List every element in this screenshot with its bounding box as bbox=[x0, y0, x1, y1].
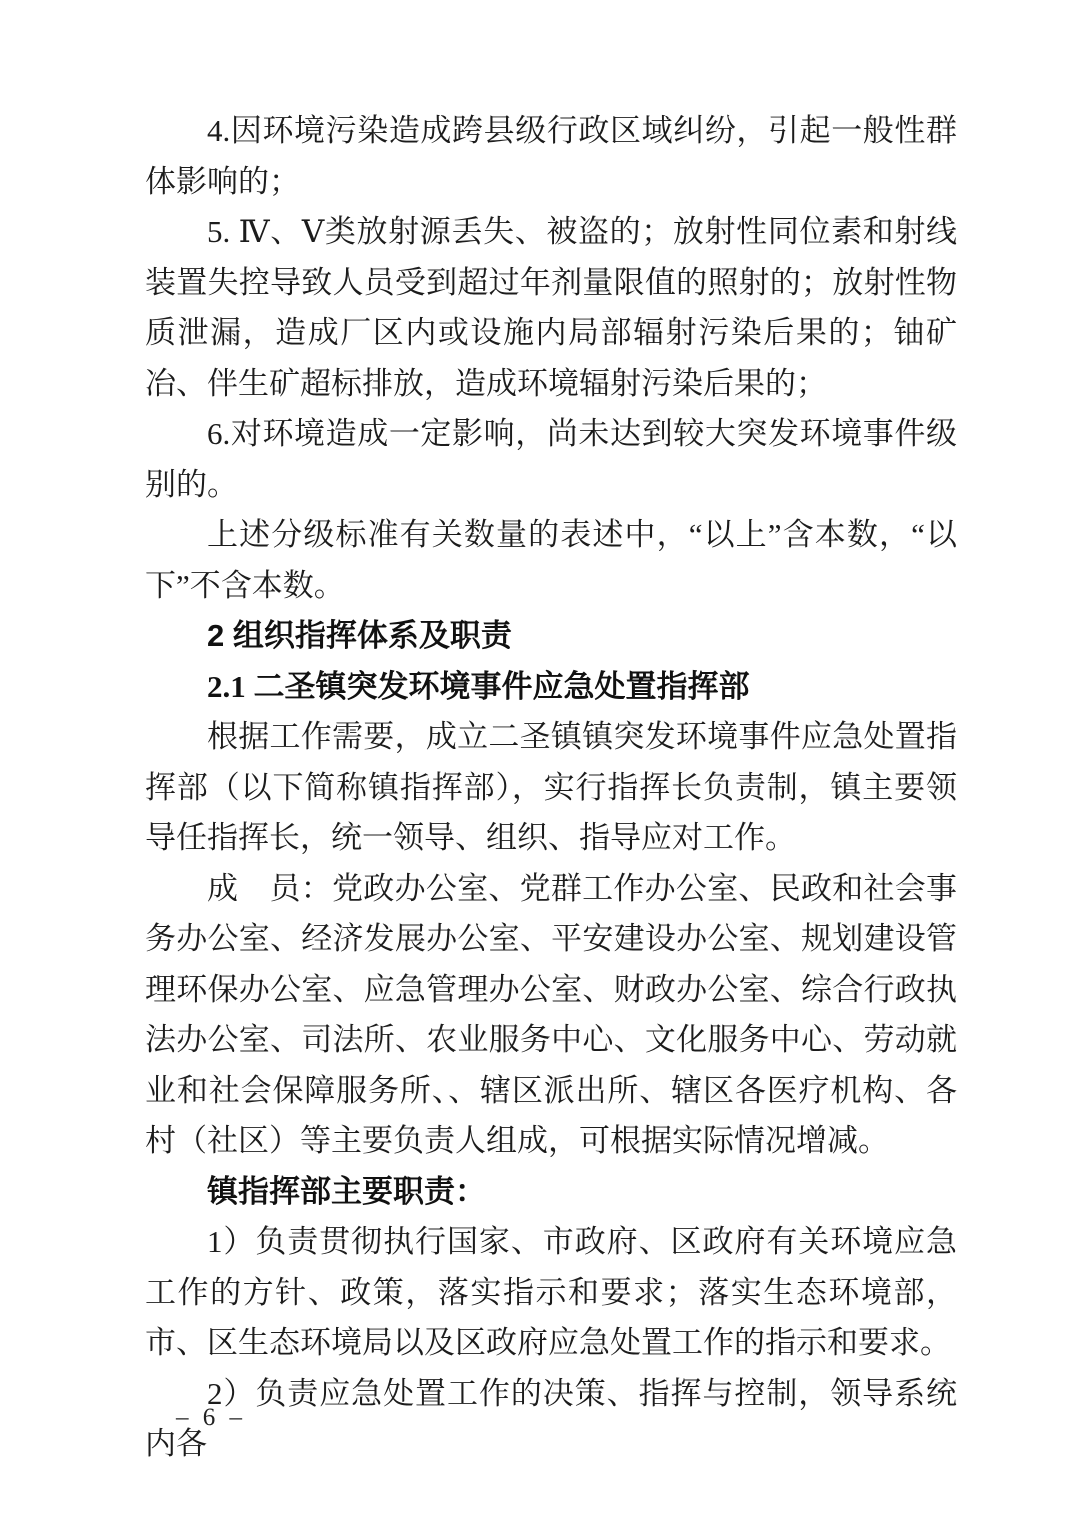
paragraph: 4.因环境污染造成跨县级行政区域纠纷，引起一般性群体影响的； bbox=[145, 106, 957, 207]
document-page: 4.因环境污染造成跨县级行政区域纠纷，引起一般性群体影响的；5. Ⅳ、Ⅴ类放射源… bbox=[0, 0, 1074, 1520]
paragraph: 1）负责贯彻执行国家、市政府、区政府有关环境应急工作的方针、政策，落实指示和要求… bbox=[145, 1217, 957, 1369]
section-heading3: 镇指挥部主要职责： bbox=[145, 1167, 957, 1218]
paragraph: 2）负责应急处置工作的决策、指挥与控制，领导系统内各 bbox=[145, 1369, 957, 1470]
section-heading1: 2 组织指挥体系及职责 bbox=[145, 611, 957, 662]
page-number: – 6 – bbox=[176, 1404, 246, 1432]
paragraph: 5. Ⅳ、Ⅴ类放射源丢失、被盗的；放射性同位素和射线装置失控导致人员受到超过年剂… bbox=[145, 207, 957, 409]
section-heading2: 2.1 二圣镇突发环境事件应急处置指挥部 bbox=[145, 662, 957, 713]
document-body: 4.因环境污染造成跨县级行政区域纠纷，引起一般性群体影响的；5. Ⅳ、Ⅴ类放射源… bbox=[145, 106, 957, 1470]
paragraph: 上述分级标准有关数量的表述中，“以上”含本数，“以下”不含本数。 bbox=[145, 510, 957, 611]
paragraph: 成 员：党政办公室、党群工作办公室、民政和社会事务办公室、经济发展办公室、平安建… bbox=[145, 864, 957, 1167]
paragraph: 根据工作需要，成立二圣镇镇突发环境事件应急处置指挥部（以下简称镇指挥部），实行指… bbox=[145, 712, 957, 864]
paragraph: 6.对环境造成一定影响，尚未达到较大突发环境事件级别的。 bbox=[145, 409, 957, 510]
